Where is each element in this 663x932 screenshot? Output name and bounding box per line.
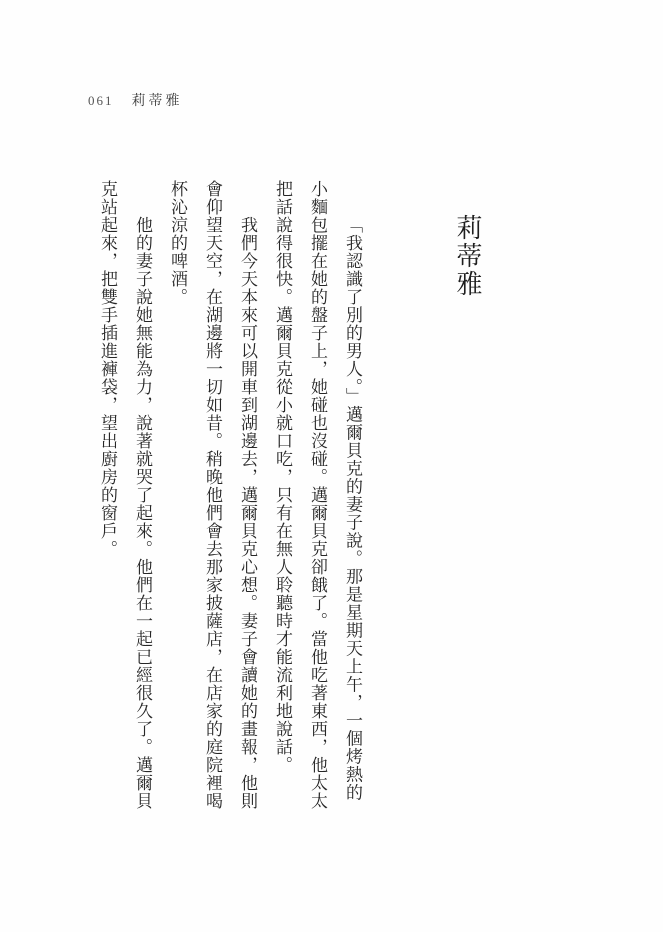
paragraph-1: 「我認識了別的男人。」邁爾貝克的妻子說。那是星期天上午，一個烤熱的小麵包擺在她的… bbox=[265, 180, 370, 818]
paragraph-3: 他的妻子說她無能為力，說著就哭了起來。他們在一起已經很久了。邁爾貝克站起來，把雙… bbox=[90, 180, 160, 818]
body-text: 「我認識了別的男人。」邁爾貝克的妻子說。那是星期天上午，一個烤熱的小麵包擺在她的… bbox=[90, 180, 370, 818]
chapter-title: 莉蒂雅 bbox=[454, 214, 480, 298]
book-page: 061 莉蒂雅 莉蒂雅 「我認識了別的男人。」邁爾貝克的妻子說。那是星期天上午，… bbox=[0, 0, 663, 932]
page-number: 061 bbox=[88, 93, 114, 109]
running-header-title: 莉蒂雅 bbox=[132, 90, 183, 110]
running-header: 061 莉蒂雅 bbox=[88, 90, 183, 110]
paragraph-2: 我們今天本來可以開車到湖邊去，邁爾貝克心想。妻子會讀她的畫報，他則會仰望天空，在… bbox=[160, 180, 265, 818]
